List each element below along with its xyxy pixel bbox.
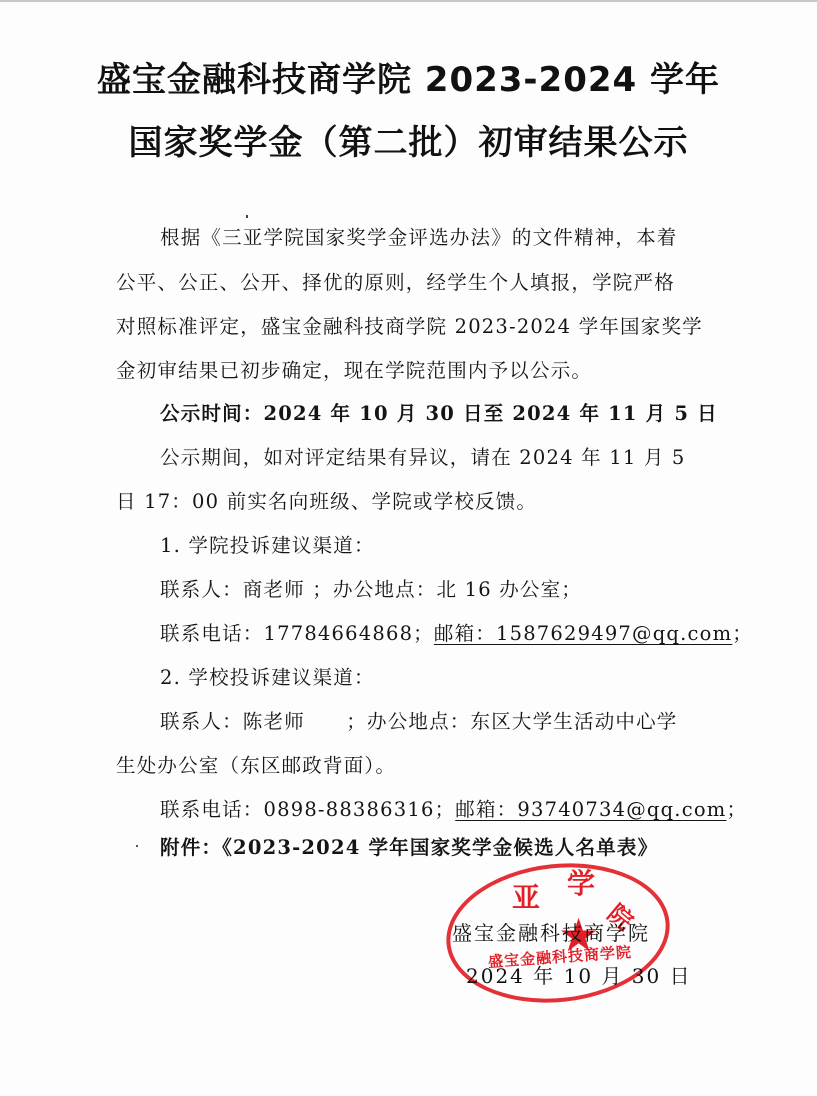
signature-date: 2024 年 10 月 30 日: [466, 960, 692, 989]
scan-artifact: [136, 845, 138, 847]
college-email-link[interactable]: 邮箱：1587629497@qq.com: [434, 622, 732, 645]
seal-char: 学: [567, 862, 595, 902]
intro-paragraph-line-4: 金初审结果已初步确定，现在学院范围内予以公示。: [116, 355, 592, 383]
intro-paragraph-line-3: 对照标准评定，盛宝金融科技商学院 2023-2024 学年国家奖学: [116, 311, 703, 339]
school-email-end: ；: [726, 798, 747, 821]
objection-paragraph-line-2: 日 17：00 前实名向班级、学院或学校反馈。: [116, 486, 537, 514]
scan-artifact: [246, 215, 248, 218]
intro-paragraph-line-2: 公平、公正、公开、择优的原则，经学生个人填报，学院严格: [116, 267, 675, 295]
college-email-end: ；: [732, 622, 753, 645]
school-channel-phone-email: 联系电话：0898-88386316；邮箱：93740734@qq.com；: [160, 794, 747, 822]
school-channel-contact-line-2: 生处办公室（东区邮政背面）。: [116, 750, 396, 778]
school-phone: 联系电话：0898-88386316；: [160, 798, 455, 821]
college-channel-phone-email: 联系电话：17784664868；邮箱：1587629497@qq.com；: [160, 618, 753, 646]
document-title-line-1: 盛宝金融科技商学院 2023-2024 学年: [0, 52, 817, 101]
signature-org: 盛宝金融科技商学院: [452, 917, 650, 946]
objection-paragraph-line-1: 公示期间，如对评定结果有异议，请在 2024 年 11 月 5: [160, 442, 686, 470]
page-top-edge: [0, 0, 817, 2]
school-channel-heading: 2. 学校投诉建议渠道：: [160, 662, 375, 690]
college-channel-contact: 联系人：商老师 ；办公地点：北 16 办公室；: [160, 574, 582, 602]
seal-char: 亚: [512, 876, 540, 916]
college-channel-heading: 1. 学院投诉建议渠道：: [160, 530, 375, 558]
school-channel-contact-line-1: 联系人：陈老师 ；办公地点：东区大学生活动中心学: [160, 706, 678, 734]
intro-paragraph-line-1: 根据《三亚学院国家奖学金评选办法》的文件精神，本着: [160, 222, 678, 250]
notice-period: 公示时间：2024 年 10 月 30 日至 2024 年 11 月 5 日: [160, 398, 718, 426]
school-email-link[interactable]: 邮箱：93740734@qq.com: [455, 798, 726, 821]
document-title-line-2: 国家奖学金（第二批）初审结果公示: [0, 115, 817, 164]
attachment-note[interactable]: 附件：《2023-2024 学年国家奖学金候选人名单表》: [160, 832, 658, 860]
college-phone: 联系电话：17784664868；: [160, 622, 434, 645]
document-page: [10, 3, 810, 1093]
